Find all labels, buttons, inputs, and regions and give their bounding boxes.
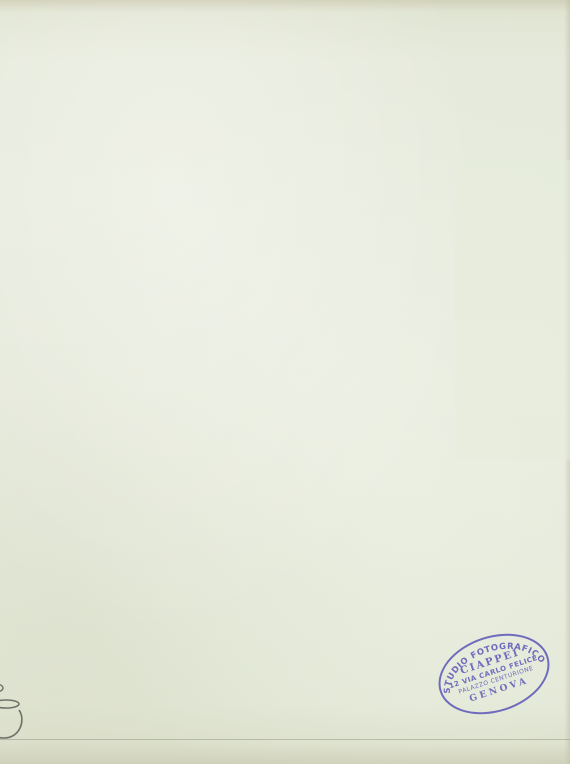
faded-offset-area bbox=[455, 160, 570, 460]
paper-edge-top bbox=[0, 0, 570, 12]
photo-mount-back: 8 STUDIO FOTOGRAFICO CIAPPEI 12 VIA CARL… bbox=[0, 0, 570, 764]
photographer-stamp: STUDIO FOTOGRAFICO CIAPPEI 12 VIA CARLO … bbox=[428, 620, 560, 728]
ruled-line bbox=[0, 739, 570, 740]
pencil-number-mark: 8 bbox=[0, 680, 32, 744]
paper-edge-bottom bbox=[0, 744, 570, 764]
